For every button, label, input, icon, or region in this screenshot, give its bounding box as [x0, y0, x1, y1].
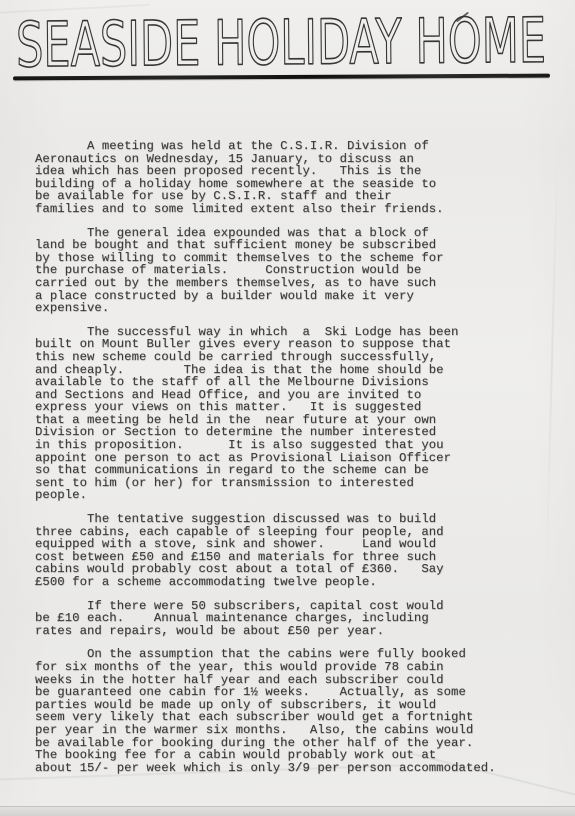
- paragraph: If there were 50 subscribers, capital co…: [35, 600, 547, 638]
- document-title-text: SEASIDE HOLIDAY HOME: [16, 12, 547, 76]
- scanned-document-page: SEASIDE HOLIDAY HOME A meeting was held …: [0, 0, 575, 816]
- paper-crease-right: [546, 150, 559, 570]
- paragraph: On the assumption that the cabins were f…: [35, 648, 547, 774]
- document-title: SEASIDE HOLIDAY HOME: [12, 12, 560, 76]
- paragraph: The tentative suggestion discussed was t…: [35, 513, 547, 589]
- title-lettering: SEASIDE HOLIDAY HOME: [12, 12, 560, 76]
- scan-edge-bottom: [0, 806, 575, 816]
- paragraph: The successful way in which a Ski Lodge …: [35, 326, 547, 502]
- document-body: A meeting was held at the C.S.I.R. Divis…: [35, 140, 547, 785]
- paragraph: A meeting was held at the C.S.I.R. Divis…: [35, 140, 547, 216]
- paragraph: The general idea expounded was that a bl…: [35, 227, 547, 315]
